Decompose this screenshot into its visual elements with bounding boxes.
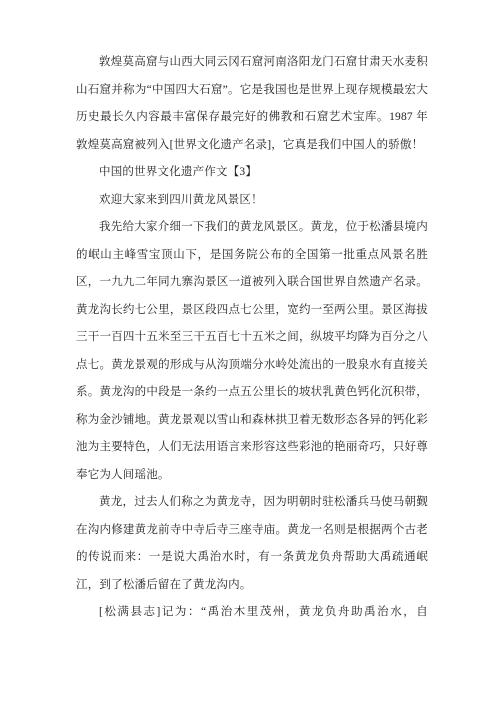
paragraph-mogao-grottoes: 敦煌莫高窟与山西大同云冈石窟河南洛阳龙门石窟甘肃天水麦积山石窟并称为“中国四大石… [76,49,428,159]
paragraph-huanglong-welcome: 欢迎大家来到四川黄龙风景区！ [76,187,428,215]
document-page: 敦煌莫高窟与山西大同云冈石窟河南洛阳龙门石窟甘肃天水麦积山石窟并称为“中国四大石… [0,0,500,707]
paragraph-huanglong-intro: 我先给大家介细一下我们的黄龙风景区。黄龙，位于松潘县境内的岷山主峰雪宝顶山下，是… [76,214,428,489]
heading-essay-3: 中国的世界文化遗产作文【3】 [76,159,428,187]
paragraph-county-annals-cutoff: [松满县志]记为：“禹治木里茂州，黄龙负舟助禹治水，自 [76,599,428,627]
essay-text-block: 敦煌莫高窟与山西大同云冈石窟河南洛阳龙门石窟甘肃天水麦积山石窟并称为“中国四大石… [76,49,428,627]
paragraph-huanglong-legend: 黄龙，过去人们称之为黄龙寺，因为明朝时驻松潘兵马使马朝觐在沟内修建黄龙前寺中寺后… [76,489,428,599]
